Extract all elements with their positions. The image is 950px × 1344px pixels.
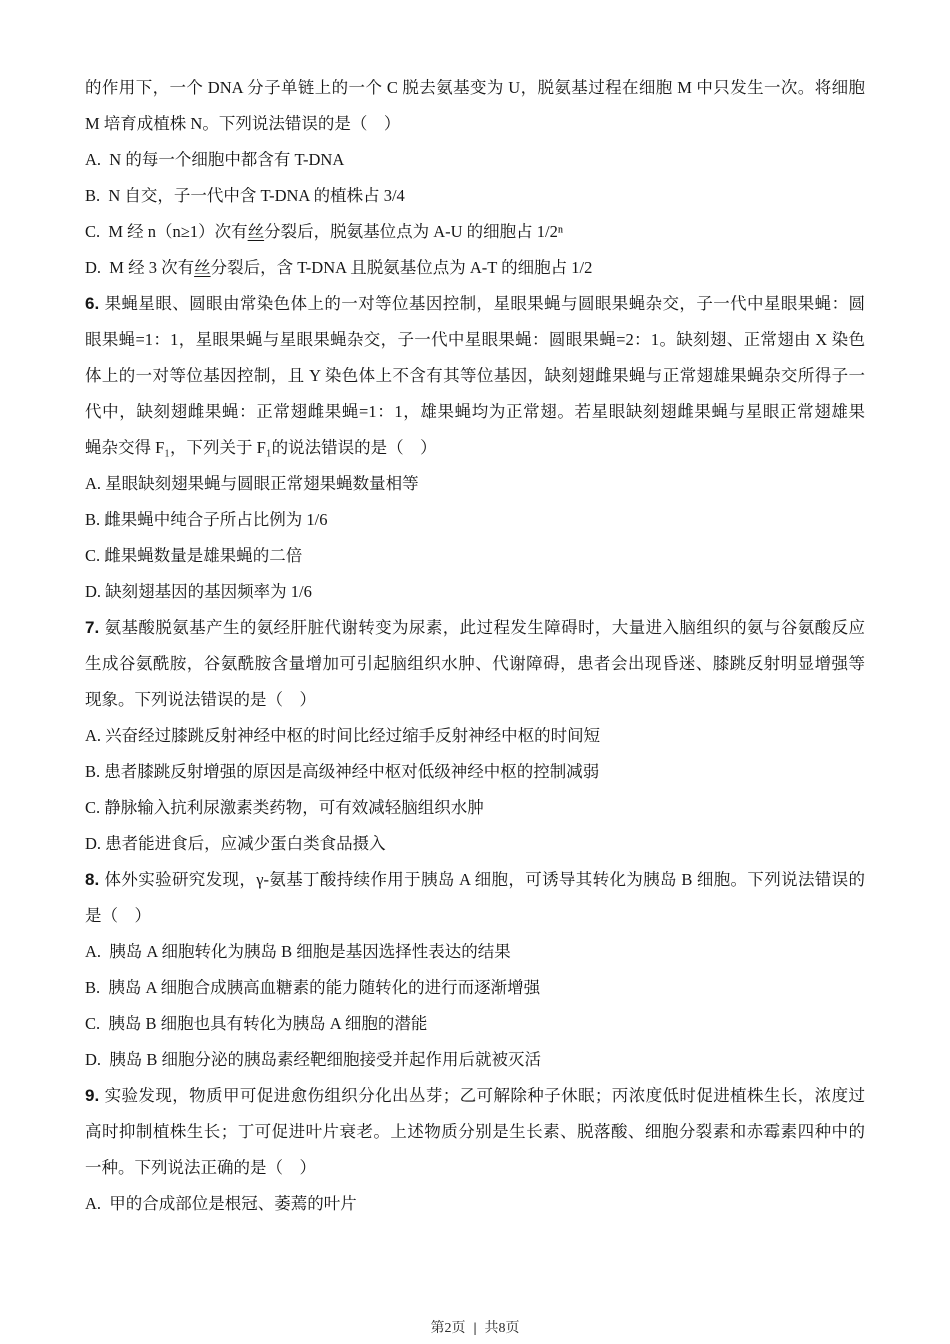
question-text-line: 9.实验发现，物质甲可促进愈伤组织分化出丛芽；乙可解除种子休眠；丙浓度低时促进植… <box>85 1078 865 1114</box>
text-line: C. 雌果蝇数量是雄果蝇的二倍 <box>85 538 865 574</box>
text-line: A. 甲的合成部位是根冠、萎蔫的叶片 <box>85 1186 865 1222</box>
document-content: 的作用下，一个 DNA 分子单链上的一个 C 脱去氨基变为 U，脱氨基过程在细胞… <box>85 70 865 1222</box>
text-line: A. 兴奋经过膝跳反射神经中枢的时间比经过缩手反射神经中枢的时间短 <box>85 718 865 754</box>
text-line: A. 胰岛 A 细胞转化为胰岛 B 细胞是基因选择性表达的结果 <box>85 934 865 970</box>
question-text-line: 6.果蝇星眼、圆眼由常染色体上的一对等位基因控制，星眼果蝇与圆眼果蝇杂交，子一代… <box>85 286 865 322</box>
document-page: 的作用下，一个 DNA 分子单链上的一个 C 脱去氨基变为 U，脱氨基过程在细胞… <box>0 0 950 1344</box>
text-line: C. 静脉输入抗利尿激素类药物，可有效减轻脑组织水肿 <box>85 790 865 826</box>
text-line: M 培育成植株 N。下列说法错误的是（ ） <box>85 106 865 142</box>
question-text-line: 7.氨基酸脱氨基产生的氨经肝脏代谢转变为尿素，此过程发生障碍时，大量进入脑组织的… <box>85 610 865 646</box>
text-line: D. 胰岛 B 细胞分泌的胰岛素经靶细胞接受并起作用后就被灭活 <box>85 1042 865 1078</box>
question-text-line: 眼果蝇=1：1，星眼果蝇与星眼果蝇杂交，子一代中星眼果蝇：圆眼果蝇=2：1。缺刻… <box>85 322 865 358</box>
question-number: 6. <box>85 294 99 313</box>
underlined-char: 丝 <box>248 222 265 241</box>
text-line: B. 雌果蝇中纯合子所占比例为 1/6 <box>85 502 865 538</box>
text-line: D. 缺刻翅基因的基因频率为 1/6 <box>85 574 865 610</box>
text-line: D. 患者能进食后，应减少蛋白类食品摄入 <box>85 826 865 862</box>
question-text-line: 蝇杂交得 F₁，下列关于 F₁的说法错误的是（ ） <box>85 430 865 466</box>
text-line: B. 胰岛 A 细胞合成胰高血糖素的能力随转化的进行而逐渐增强 <box>85 970 865 1006</box>
question-text-line: 一种。下列说法正确的是（ ） <box>85 1150 865 1186</box>
question-text-line: 高时抑制植株生长；丁可促进叶片衰老。上述物质分别是生长素、脱落酸、细胞分裂素和赤… <box>85 1114 865 1150</box>
question-text-line: 现象。下列说法错误的是（ ） <box>85 682 865 718</box>
text-line: 的作用下，一个 DNA 分子单链上的一个 C 脱去氨基变为 U，脱氨基过程在细胞… <box>85 70 865 106</box>
text-line: C. M 经 n（n≥1）次有丝分裂后，脱氨基位点为 A-U 的细胞占 1/2ⁿ <box>85 214 865 250</box>
question-number: 9. <box>85 1086 99 1105</box>
footer-total-pages: 共8页 <box>485 1321 520 1336</box>
text-line: C. 胰岛 B 细胞也具有转化为胰岛 A 细胞的潜能 <box>85 1006 865 1042</box>
text-line: B. N 自交，子一代中含 T-DNA 的植株占 3/4 <box>85 178 865 214</box>
question-text-line: 代中，缺刻翅雌果蝇：正常翅雌果蝇=1：1，雄果蝇均为正常翅。若星眼缺刻翅雌果蝇与… <box>85 394 865 430</box>
text-line: B. 患者膝跳反射增强的原因是高级神经中枢对低级神经中枢的控制减弱 <box>85 754 865 790</box>
text-line: A. N 的每一个细胞中都含有 T-DNA <box>85 142 865 178</box>
question-text-line: 体上的一对等位基因控制，且 Y 染色体上不含有其等位基因，缺刻翅雌果蝇与正常翅雄… <box>85 358 865 394</box>
question-text-line: 8.体外实验研究发现，γ-氨基丁酸持续作用于胰岛 A 细胞，可诱导其转化为胰岛 … <box>85 862 865 898</box>
question-text-line: 是（ ） <box>85 898 865 934</box>
text-line: A. 星眼缺刻翅果蝇与圆眼正常翅果蝇数量相等 <box>85 466 865 502</box>
question-number: 8. <box>85 870 99 889</box>
question-number: 7. <box>85 618 99 637</box>
text-line: D. M 经 3 次有丝分裂后，含 T-DNA 且脱氨基位点为 A-T 的细胞占… <box>85 250 865 286</box>
underlined-char: 丝 <box>194 258 211 277</box>
footer-separator: | <box>473 1321 476 1336</box>
footer-page-number: 第2页 <box>430 1321 465 1336</box>
page-footer: 第2页|共8页 <box>0 1317 950 1337</box>
question-text-line: 生成谷氨酰胺，谷氨酰胺含量增加可引起脑组织水肿、代谢障碍，患者会出现昏迷、膝跳反… <box>85 646 865 682</box>
